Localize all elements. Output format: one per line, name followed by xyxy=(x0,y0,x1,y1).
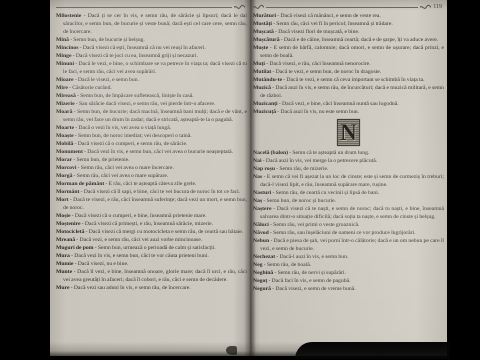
entry-definition: - Dacă visezi, e semn de vreme bună. xyxy=(271,286,356,292)
entry-term: Nacelă (balon) xyxy=(253,150,288,156)
left-page-entries: Milostenie - Dacă ți se cer în vis, e se… xyxy=(56,12,247,292)
dictionary-entry: Muzică - Dacă auzi în vis, e semn rău, d… xyxy=(253,84,444,100)
entry-definition: - Dacă vezi, e semn rău, căci vei auzi v… xyxy=(75,237,202,243)
dictionary-entry: Mura - Dacă vezi în vis, e semn bun, căc… xyxy=(56,252,247,260)
dictionary-entry: Neg - Semn rău, de boală. xyxy=(253,261,444,269)
dictionary-entry: Mireasă - Semn bun, de împăcare sufletea… xyxy=(56,92,247,100)
dictionary-entry: Nebun - Dacă e piesa de șah, vei porni î… xyxy=(253,237,444,253)
dictionary-entry: Mutându-te - Dacă te vezi, e semn că cev… xyxy=(253,76,444,84)
entry-definition: - Semn rău, căci vei avea o mare încerca… xyxy=(76,165,174,171)
right-page-entries-m: Murături - Dacă visezi că mănânci, e sem… xyxy=(253,12,444,116)
entry-term: Negoț xyxy=(253,278,267,284)
entry-definition: - Dacă te visezi, e rău, căci înseamnă s… xyxy=(63,197,247,211)
dictionary-entry: Mure - Dacă vezi sau aduni în vis, e sem… xyxy=(56,284,247,292)
entry-definition: - Dacă visezi că îl sapi, e bine, căci t… xyxy=(79,189,240,195)
dictionary-entry: Mreană - Dacă vezi, e semn rău, căci vei… xyxy=(56,236,247,244)
entry-definition: - Dacă vezi, e bine, căci înseamnă nuntă… xyxy=(278,101,399,107)
entry-definition: - Dacă e de câine, înseamnă ceartă; dacă… xyxy=(280,37,439,43)
section-drop-cap: N xyxy=(337,119,360,146)
entry-term: Nai xyxy=(253,158,262,164)
entry-definition: - Dacă auzi în vis, vei merge la o petre… xyxy=(262,158,378,164)
entry-term: Mormânt xyxy=(56,189,79,195)
dictionary-entry: Mort - Dacă te visezi, e rău, căci însea… xyxy=(56,196,247,212)
entry-term: Moșie xyxy=(56,213,71,219)
entry-term: Negură xyxy=(253,286,271,292)
dictionary-entry: Năvod - Semn rău, sau înșelăciuni de oam… xyxy=(253,229,444,237)
entry-term: Nas xyxy=(253,174,262,180)
entry-definition: - Dacă visezi că mănânci, e semn de vest… xyxy=(276,13,381,19)
entry-definition: - Dacă visezi că primești, e rău, înseam… xyxy=(81,221,214,227)
dictionary-entry: Muguri de pom - Semn bun, urmează o peri… xyxy=(56,244,247,252)
entry-term: Mustăți xyxy=(253,21,272,27)
entry-definition: - Dacă auzi în vis, e semn rău, de încur… xyxy=(260,85,444,99)
right-page-header: 119 xyxy=(253,3,442,11)
photo-corner-shadow xyxy=(295,342,450,359)
dictionary-entry: Murături - Dacă visezi că mănânci, e sem… xyxy=(253,12,444,20)
dictionary-entry: Năluci - Semn rău, vei primi o veste gro… xyxy=(253,221,444,229)
dictionary-entry: Morcovi - Semn rău, căci vei avea o mare… xyxy=(56,164,247,172)
entry-term: Murături xyxy=(253,13,276,19)
entry-definition: - Dacă visezi că te joci cu ea, înseamnă… xyxy=(71,53,197,59)
dictionary-entry: Mioare - Dacă le visezi, e semn bun. xyxy=(56,76,247,84)
right-page-content: Murături - Dacă visezi că mănânci, e sem… xyxy=(253,12,444,293)
entry-term: Nebun xyxy=(253,238,269,244)
entry-definition: - Semn bun, de noroc și bucurie. xyxy=(262,198,336,204)
entry-definition: - Dacă le vezi, e bine, o schimbare se v… xyxy=(63,61,247,75)
right-page-entries-n: Nacelă (balon) - Semn că te așteaptă un … xyxy=(253,149,444,293)
entry-definition: - Dacă visezi că mergi cu motocicleta e … xyxy=(84,229,243,235)
entry-definition: - Semn rău, de nervi și supărări. xyxy=(273,270,346,276)
dictionary-entry: Minge - Dacă visezi că te joci cu ea, în… xyxy=(56,52,247,60)
entry-definition: - Semn rău, vei primi o veste groaznică. xyxy=(269,222,360,228)
entry-definition: - Căsătorie curând. xyxy=(68,85,112,91)
entry-term: Mobilă xyxy=(56,141,73,147)
entry-definition: - Semn că te așteaptă un drum lung. xyxy=(288,150,369,156)
dictionary-entry: Nas - E semn că vei fi așezat la un loc … xyxy=(253,173,444,189)
entry-term: Munte xyxy=(56,269,72,275)
entry-term: Milostenie xyxy=(56,13,81,19)
entry-term: Nasturi xyxy=(253,190,271,196)
entry-term: Muzicanți xyxy=(253,101,278,107)
entry-term: Morgă xyxy=(56,173,72,179)
dictionary-entry: Negură - Dacă visezi, e semn de vreme bu… xyxy=(253,285,444,293)
entry-definition: - Semn bun, de noroc imediat; vei descop… xyxy=(74,133,192,139)
entry-definition: - Dacă visezi că o cumperi, e semn rău, … xyxy=(73,141,187,147)
dictionary-entry: Minuni - Dacă le vezi, e bine, o schimba… xyxy=(56,60,247,76)
header-ornament-icon xyxy=(420,4,431,11)
dictionary-entry: Mormânt - Dacă visezi că îl sapi, e bine… xyxy=(56,188,247,196)
dictionary-entry: Mizerie - Sau sărăcie dacă visezi, e sem… xyxy=(56,100,247,108)
dictionary-entry: Motocicletă - Dacă visezi că mergi cu mo… xyxy=(56,228,247,236)
dictionary-entry: Morar - Semn bun, de prietenie. xyxy=(56,156,247,164)
entry-term: Monument xyxy=(56,149,83,155)
entry-definition: - E rău, căci te așteaptă câteva zile gr… xyxy=(104,181,196,187)
entry-definition: - Dacă o vezi în vis, vei avea o viață l… xyxy=(74,125,171,131)
entry-term: Minuni xyxy=(56,61,74,67)
entry-definition: - Dacă îl vezi, e bine, înseamnă onoare,… xyxy=(63,269,247,283)
entry-term: Moaște xyxy=(56,133,74,139)
dictionary-entry: Mutilat - Dacă te vezi, e semn bun, de n… xyxy=(253,68,444,76)
entry-definition: - Dacă visezi, e rău, căci înseamnă neno… xyxy=(265,61,371,67)
dictionary-entry: Nasturi - Semn rău, de ceartă cu vecinii… xyxy=(253,189,444,197)
entry-term: Mura xyxy=(56,253,70,259)
entry-term: Naștere xyxy=(253,206,272,212)
entry-definition: - Dacă ți se cer în vis, e semn rău, de … xyxy=(63,13,247,35)
dictionary-entry: Morgă - Semn rău, căci vei avea o mare s… xyxy=(56,172,247,180)
entry-term: Minge xyxy=(56,53,71,59)
entry-term: Morar xyxy=(56,157,72,163)
right-page: 119 Murături - Dacă visezi că mănânci, e… xyxy=(253,0,444,356)
entry-term: Mreană xyxy=(56,237,75,243)
entry-term: Moștenire xyxy=(56,221,81,227)
entry-definition: - Dacă te vezi, e semn că ceva important… xyxy=(282,77,424,83)
entry-definition: - Semn rău, căci vei avea o mare supărar… xyxy=(72,173,168,179)
entry-definition: - E semn de bârfă, calomnie; dacă omori,… xyxy=(260,45,444,59)
dictionary-entry: Moarte - Dacă o vezi în vis, vei avea o … xyxy=(56,124,247,132)
dictionary-entry: Munte - Dacă îl vezi, e bine, înseamnă o… xyxy=(56,268,247,284)
entry-term: Naș xyxy=(253,198,262,204)
entry-term: Mumie xyxy=(56,261,73,267)
entry-term: Năvod xyxy=(253,230,269,236)
entry-definition: - Semn rău, de mizerie. xyxy=(275,166,328,172)
dictionary-entry: Moșie - Dacă visezi că o cumperi, e bine… xyxy=(56,212,247,220)
entry-definition: - Dacă-l auzi în vis, e semn bun. xyxy=(275,254,348,260)
dictionary-entry: Moștenire - Dacă visezi că primești, e r… xyxy=(56,220,247,228)
entry-definition: - Semn rău, de ceartă cu vecinii și lips… xyxy=(271,190,379,196)
dictionary-entry: Negoț - Dacă faci în vis, e semn de pagu… xyxy=(253,277,444,285)
dictionary-entry: Naș - Semn bun, de noroc și bucurie. xyxy=(253,197,444,205)
entry-definition: - Sau sărăcie dacă visezi, e semn rău, v… xyxy=(75,101,216,107)
entry-term: Morman de pământ xyxy=(56,181,104,187)
entry-term: Moară xyxy=(56,109,72,115)
page-number: 119 xyxy=(433,3,442,11)
book-spread: Milostenie - Dacă ți se cer în vis, e se… xyxy=(50,0,447,356)
entry-definition: - Dacă e piesa de șah, vei porni într-o … xyxy=(260,238,444,252)
entry-term: Muzică xyxy=(253,85,271,91)
dictionary-entry: Naștere - Dacă visezi că te naști, e sem… xyxy=(253,205,444,221)
dictionary-entry: Milostenie - Dacă ți se cer în vis, e se… xyxy=(56,12,247,36)
entry-definition: - Dacă vezi sau aduni în vis, e semn rău… xyxy=(69,285,190,291)
dictionary-entry: Mină - Semn bun, de bucurie și belșug. xyxy=(56,36,247,44)
drop-cap-letter: N xyxy=(340,121,357,144)
entry-term: Nap roșu xyxy=(253,166,275,172)
section-divider: N xyxy=(253,119,444,146)
entry-term: Mire xyxy=(56,85,68,91)
header-rule xyxy=(56,7,232,8)
entry-term: Năluci xyxy=(253,222,269,228)
dictionary-entry: Moară - Semn bun, de bucurie; dacă macin… xyxy=(56,108,247,124)
dictionary-entry: Mumie - Dacă visezi, nu e bine. xyxy=(56,260,247,268)
entry-definition: - Dacă visezi că ești, înseamnă că nu ve… xyxy=(78,45,205,51)
entry-term: Muguri de pom xyxy=(56,245,94,251)
dictionary-entry: Mustăți - Semn rău, căci vei fi în peric… xyxy=(253,20,444,28)
entry-definition: - Dacă vezi în vis, e semn bun, căci vei… xyxy=(83,149,233,155)
entry-definition: - Dacă faci în vis, e semn de pagubă. xyxy=(267,278,350,284)
entry-definition: - Semn rău, căci vei fi în pericol; înse… xyxy=(272,21,393,27)
entry-term: Mireasă xyxy=(56,93,76,99)
left-page-header xyxy=(56,3,245,11)
dictionary-entry: Mobilă - Dacă visezi că o cumperi, e sem… xyxy=(56,140,247,148)
entry-definition: - Dacă visezi, nu e bine. xyxy=(73,261,128,267)
left-page: Milostenie - Dacă ți se cer în vis, e se… xyxy=(56,0,247,356)
entry-definition: - Semn bun, de prietenie. xyxy=(72,157,130,163)
entry-term: Mină xyxy=(56,37,69,43)
entry-term: Moarte xyxy=(56,125,74,131)
entry-term: Muzicuță xyxy=(253,109,276,115)
entry-definition: - Dacă visezi că te naști, e semn de nor… xyxy=(260,206,444,220)
entry-definition: - Dacă le visezi, e semn bun. xyxy=(74,77,139,83)
entry-term: Muște xyxy=(253,45,268,51)
dictionary-entry: Muzicuță - Dacă auzi în vis, nu este sem… xyxy=(253,108,444,116)
entry-definition: - Semn bun, de bucurie; dacă macină, îns… xyxy=(63,109,247,123)
dictionary-entry: Mușcătură - Dacă e de câine, înseamnă ce… xyxy=(253,36,444,44)
entry-term: Mincinos xyxy=(56,45,78,51)
entry-term: Neghină xyxy=(253,270,273,276)
dictionary-entry: Mire - Căsătorie curând. xyxy=(56,84,247,92)
entry-definition: - Dacă visezi flori de mușcată, e bine. xyxy=(274,29,360,35)
entry-definition: - E semn că vei fi așezat la un loc de c… xyxy=(260,174,444,188)
dictionary-entry: Morman de pământ - E rău, căci te așteap… xyxy=(56,180,247,188)
header-rule xyxy=(266,7,418,8)
dictionary-entry: Muzicanți - Dacă vezi, e bine, căci înse… xyxy=(253,100,444,108)
dictionary-entry: Nap roșu - Semn rău, de mizerie. xyxy=(253,165,444,173)
entry-term: Mușcată xyxy=(253,29,274,35)
dictionary-entry: Muți - Dacă visezi, e rău, căci înseamnă… xyxy=(253,60,444,68)
entry-term: Mort xyxy=(56,197,69,203)
entry-definition: - Dacă auzi în vis, nu este semn bun. xyxy=(276,109,359,115)
entry-definition: - Dacă te vezi, e semn bun, de noroc în … xyxy=(271,69,381,75)
entry-definition: - Semn bun, de bucurie și belșug. xyxy=(69,37,145,43)
entry-term: Mutându-te xyxy=(253,77,282,83)
entry-term: Morcovi xyxy=(56,165,76,171)
dictionary-entry: Nechezat - Dacă-l auzi în vis, e semn bu… xyxy=(253,253,444,261)
entry-term: Mutilat xyxy=(253,69,271,75)
entry-term: Motocicletă xyxy=(56,229,84,235)
entry-term: Mizerie xyxy=(56,101,75,107)
dictionary-entry: Mușcată - Dacă visezi flori de mușcată, … xyxy=(253,28,444,36)
dictionary-entry: Nacelă (balon) - Semn că te așteaptă un … xyxy=(253,149,444,157)
entry-term: Muți xyxy=(253,61,265,67)
entry-definition: - Dacă vezi în vis, e semn bun, căci te … xyxy=(70,253,209,259)
dictionary-entry: Mincinos - Dacă visezi că ești, înseamnă… xyxy=(56,44,247,52)
dictionary-entry: Neghină - Semn rău, de nervi și supărări… xyxy=(253,269,444,277)
entry-definition: - Semn rău, sau înșelăciuni de oameni ce… xyxy=(269,230,416,236)
dictionary-entry: Moaște - Semn bun, de noroc imediat; vei… xyxy=(56,132,247,140)
entry-definition: - Semn bun, de împăcare sufletească, lin… xyxy=(76,93,194,99)
entry-term: Mioare xyxy=(56,77,74,83)
entry-term: Mure xyxy=(56,285,69,291)
dictionary-entry: Monument - Dacă vezi în vis, e semn bun,… xyxy=(56,148,247,156)
dictionary-entry: Nai - Dacă auzi în vis, vei merge la o p… xyxy=(253,157,444,165)
header-ornament-icon xyxy=(253,4,264,11)
entry-definition: - Dacă visezi că o cumperi, e bine, înse… xyxy=(71,213,207,219)
entry-term: Nechezat xyxy=(253,254,275,260)
entry-definition: - Semn bun, urmează o perioadă de calm ș… xyxy=(94,245,216,251)
dictionary-entry: Muște - E semn de bârfă, calomnie; dacă … xyxy=(253,44,444,60)
entry-definition: - Semn rău, de boală. xyxy=(262,262,311,268)
entry-term: Mușcătură xyxy=(253,37,280,43)
